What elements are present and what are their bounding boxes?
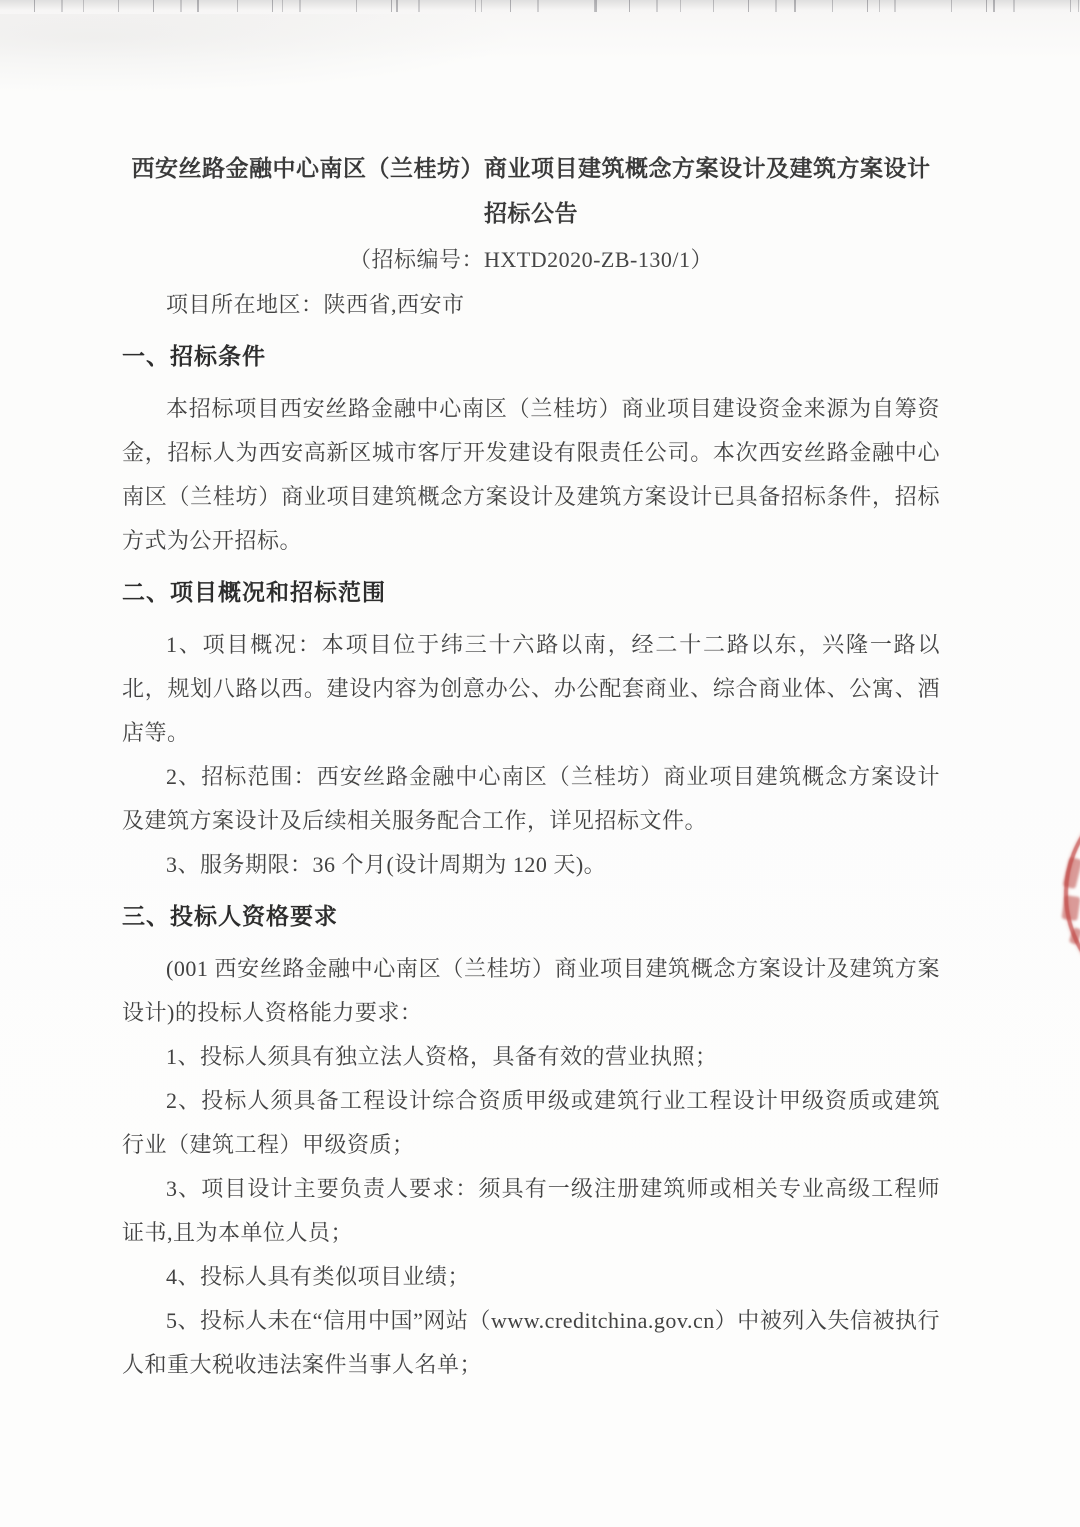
section-heading-project-overview: 二、项目概况和招标范围 — [122, 569, 940, 615]
document-subtitle: 招标公告 — [122, 191, 940, 237]
document-page: 西安丝路金融中心南区（兰桂坊）商业项目建筑概念方案设计及建筑方案设计 招标公告 … — [0, 0, 1080, 1527]
paragraph-qualification-4: 4、投标人具有类似项目业绩； — [122, 1255, 940, 1299]
paragraph-project-overview: 1、项目概况：本项目位于纬三十六路以南，经二十二路以东，兴隆一路以北，规划八路以… — [122, 623, 940, 755]
section-heading-bidder-qualifications: 三、投标人资格要求 — [122, 893, 940, 939]
paragraph-tender-scope: 2、招标范围：西安丝路金融中心南区（兰桂坊）商业项目建筑概念方案设计及建筑方案设… — [122, 755, 940, 843]
paragraph-service-period: 3、服务期限：36 个月(设计周期为 120 天)。 — [122, 843, 940, 887]
paragraph-qualification-5: 5、投标人未在“信用中国”网站（www.creditchina.gov.cn）中… — [122, 1299, 940, 1387]
scan-artifact-top — [0, 0, 1080, 12]
tender-number: （招标编号：HXTD2020-ZB-130/1） — [122, 237, 940, 282]
red-seal-text-mark — [1061, 895, 1080, 921]
paragraph-qualification-1: 1、投标人须具有独立法人资格，具备有效的营业执照； — [122, 1035, 940, 1079]
document-content: 西安丝路金融中心南区（兰桂坊）商业项目建筑概念方案设计及建筑方案设计 招标公告 … — [122, 146, 940, 1387]
scan-smudge — [0, 14, 520, 94]
section-heading-tender-conditions: 一、招标条件 — [122, 333, 940, 379]
project-location: 项目所在地区：陕西省,西安市 — [122, 282, 940, 327]
document-title: 西安丝路金融中心南区（兰桂坊）商业项目建筑概念方案设计及建筑方案设计 — [122, 146, 940, 191]
red-seal-icon — [1064, 782, 1080, 1006]
paragraph-qualification-2: 2、投标人须具备工程设计综合资质甲级或建筑行业工程设计甲级资质或建筑行业（建筑工… — [122, 1079, 940, 1167]
paragraph-tender-conditions: 本招标项目西安丝路金融中心南区（兰桂坊）商业项目建设资金来源为自筹资金，招标人为… — [122, 387, 940, 563]
paragraph-qualification-3: 3、项目设计主要负责人要求：须具有一级注册建筑师或相关专业高级工程师证书,且为本… — [122, 1167, 940, 1255]
paragraph-qualification-intro: (001 西安丝路金融中心南区（兰桂坊）商业项目建筑概念方案设计及建筑方案设计)… — [122, 947, 940, 1035]
